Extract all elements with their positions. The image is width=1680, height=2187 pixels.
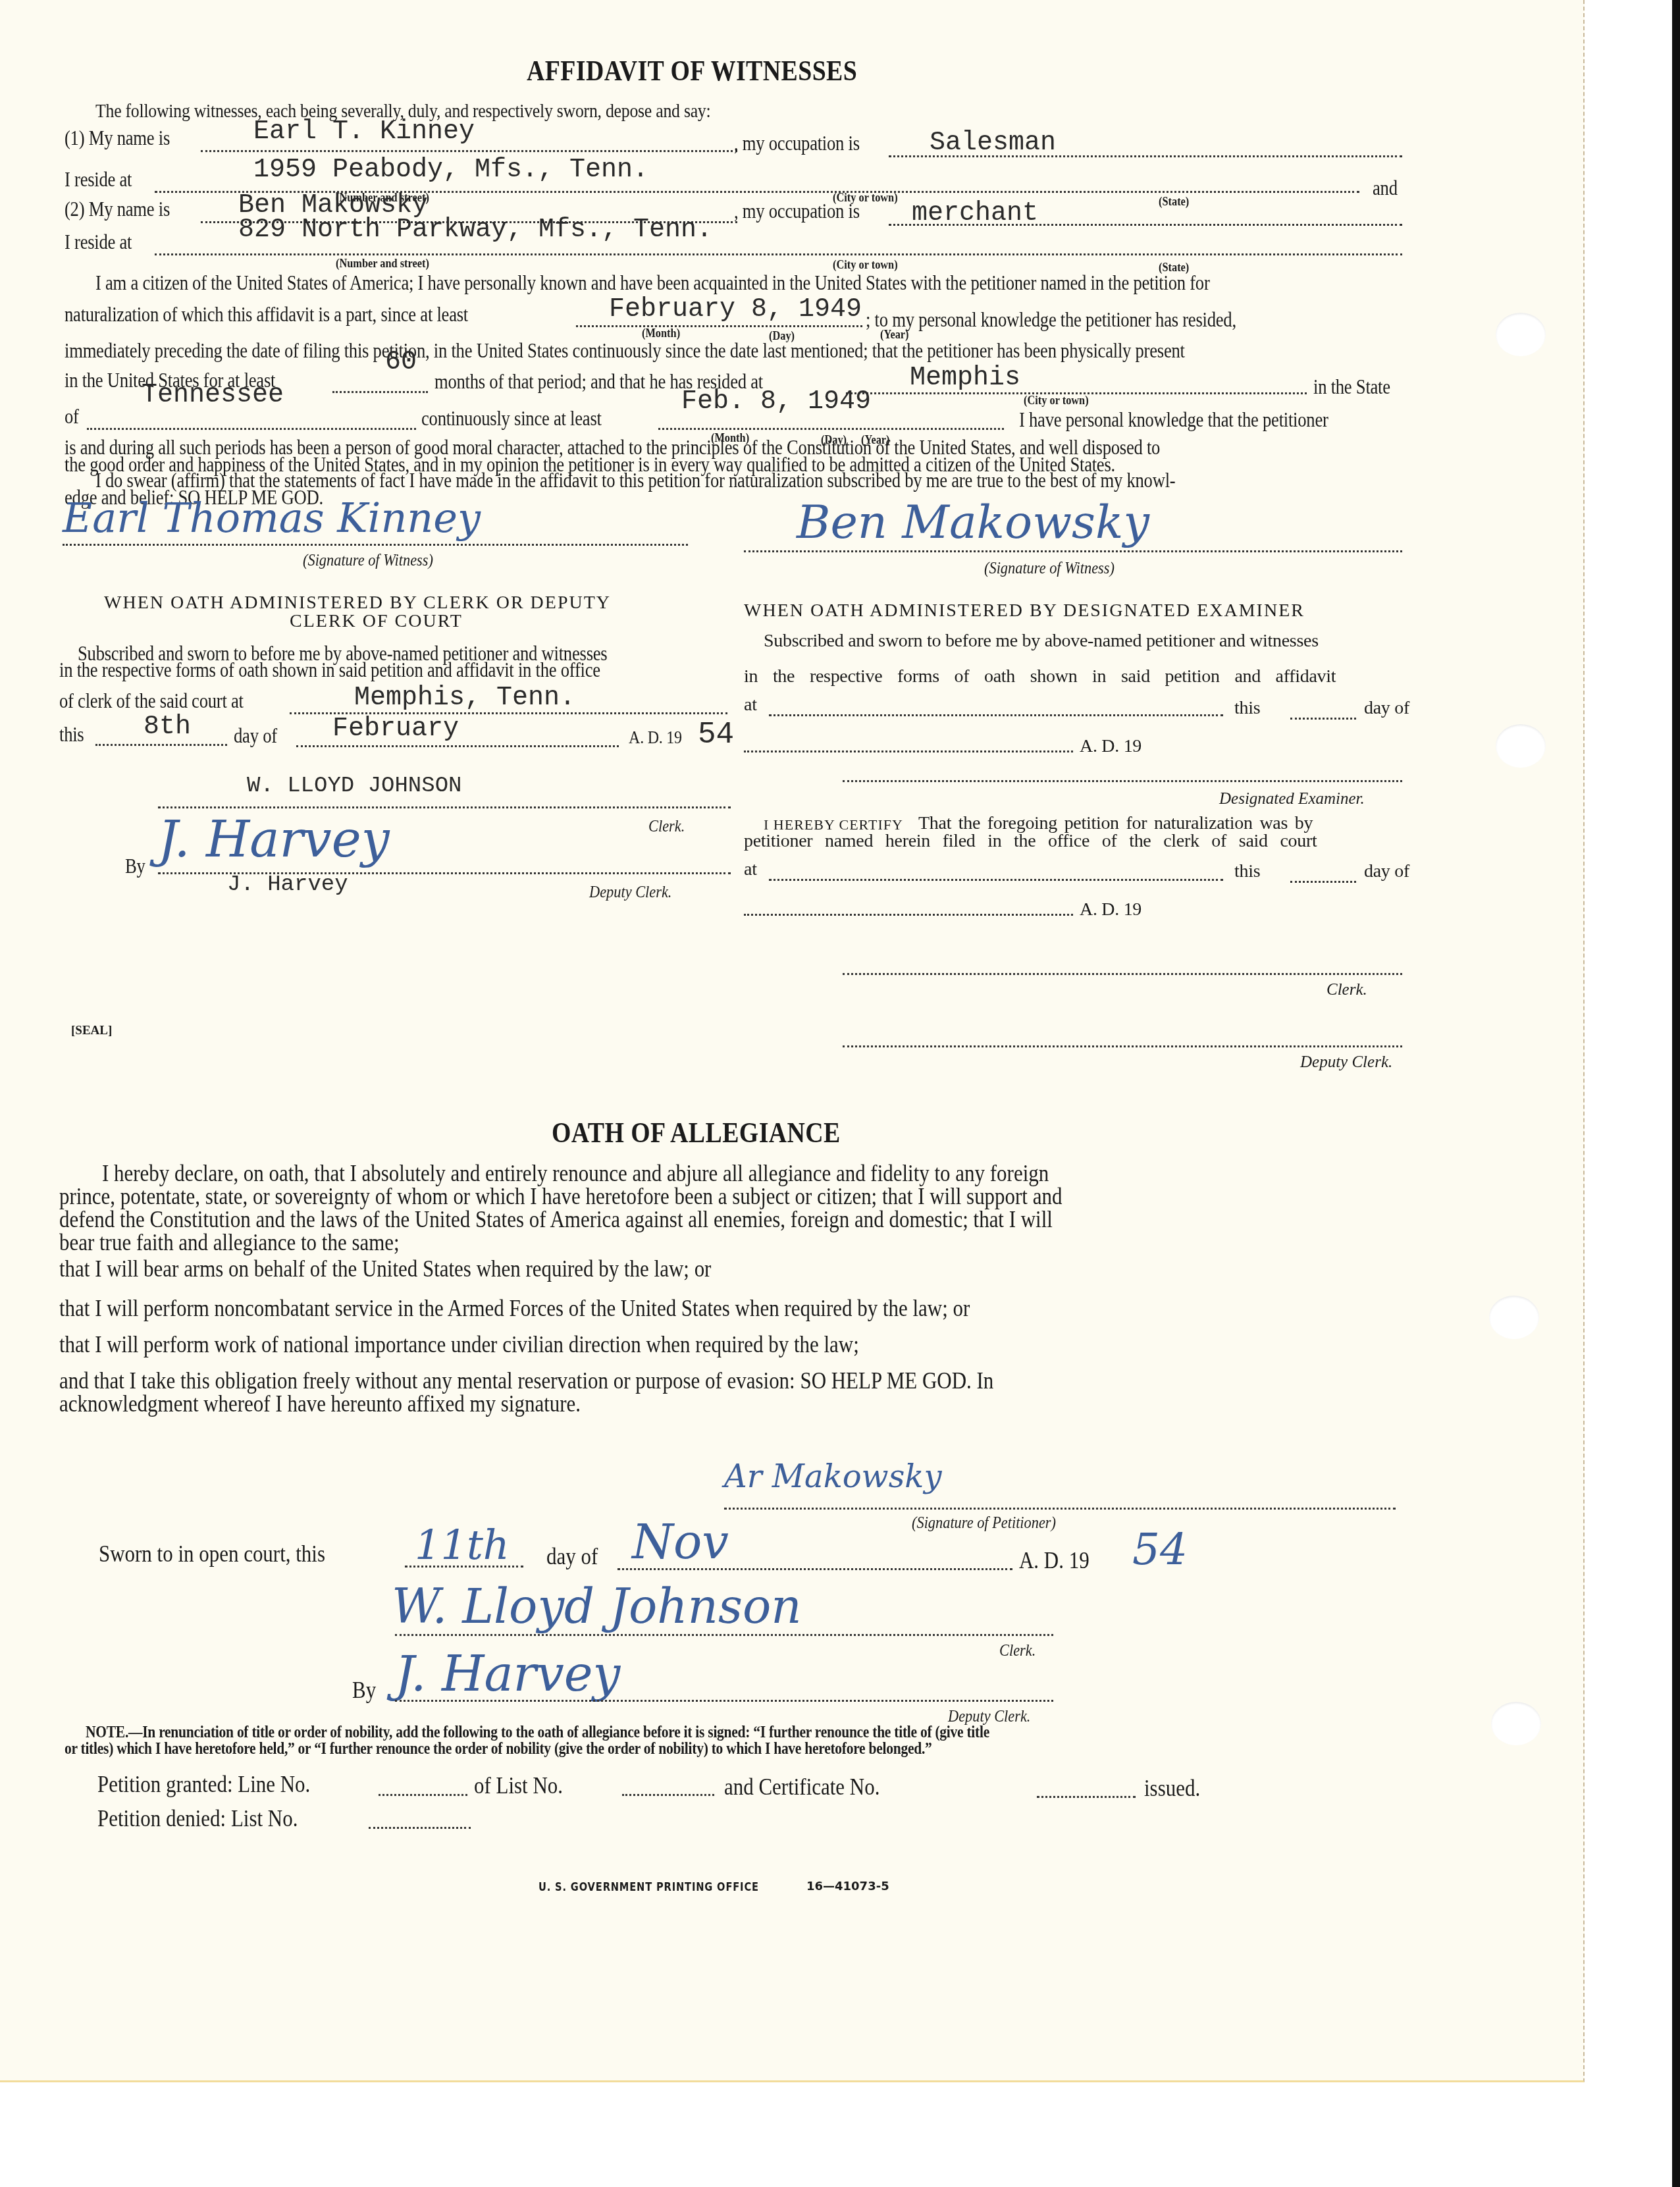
clerk-text-line3: of clerk of the said court at [59,689,244,713]
months-present: 60 [385,348,417,377]
oath-line-7: that I will perform work of national imp… [59,1330,859,1359]
para1-line2a: naturalization of which this affidavit i… [65,303,468,327]
certify-day-of-label: day of [1364,861,1409,882]
para1-line3: immediately preceding the date of filing… [65,339,1185,363]
witness1-name-line [201,150,737,152]
sworn-year: 54 [1132,1524,1188,1575]
examiner-text-line2: in the respective forms of oath shown in… [744,666,1336,687]
witness1-occupation-label: , my occupation is [734,132,860,155]
oath-title: OATH OF ALLEGIANCE [552,1116,841,1149]
oath-clerk-line [395,1634,1053,1636]
punch-hole [1496,313,1546,356]
oath-clerk-label: Clerk. [999,1641,1036,1660]
clerk-month: February [332,714,459,744]
witness2-signature-line [744,550,1402,552]
oath-line-4: bear true faith and allegiance to the sa… [59,1228,400,1257]
and-label: and [1373,176,1398,200]
clerk-ad-label: A. D. 19 [629,727,682,749]
seal-label: [SEAL] [71,1024,112,1038]
line-no-field [379,1794,467,1796]
clerk-name: W. LLOYD JOHNSON [247,774,461,799]
printer-footer: U. S. GOVERNMENT PRINTING OFFICE [538,1881,759,1894]
known-since-date: February 8, 1949 [609,295,862,325]
designated-examiner-label: Designated Examiner. [1219,790,1365,808]
oath-line-6: that I will perform noncombatant service… [59,1294,970,1323]
petition-denied-label: Petition denied: List No. [97,1804,298,1833]
oath-deputy-signature: J. Harvey [395,1646,620,1702]
examiner-signature-line [843,780,1402,782]
form-number: 16—41073-5 [806,1880,889,1893]
para1-line4c: in the State [1313,375,1390,399]
witness2-signature: Ben Makowsky [797,495,1149,549]
punch-hole [1496,724,1546,768]
sworn-month: Nov [632,1514,729,1569]
sworn-ad-label: A. D. 19 [1019,1546,1089,1575]
clerk-deputy-signature: J. Harvey [158,810,390,868]
list-no-field [622,1794,714,1796]
clerk-label: Clerk. [648,816,685,836]
petitioner-signature: Ar Makowsky [724,1458,942,1495]
certificate-label: and Certificate No. [724,1772,879,1801]
resided-state: Tennessee [142,381,284,410]
examiner-text-line1: Subscribed and sworn to before me by abo… [764,631,1319,652]
note-line1: NOTE.—In renunciation of title or order … [86,1724,989,1742]
witness2-name-label: (2) My name is [65,198,170,221]
witness1-occupation: Salesman [930,128,1056,158]
scanner-margin [1580,0,1672,2187]
examiner-day-of-label: day of [1364,698,1409,719]
clerk-by-label: By [125,855,145,878]
examiner-this-label: this [1234,698,1260,719]
court-location: Memphis, Tenn. [354,683,575,713]
para1-line5b: continuously since at least [421,407,602,431]
witness2-address: 829 North Parkway, Mfs., Tenn. [238,215,712,245]
examiner-at-label: at [744,695,757,716]
witness1-name: Earl T. Kinney [253,117,475,147]
issued-label: issued. [1144,1774,1200,1803]
examiner-at-line [769,714,1223,716]
months-line [332,391,428,393]
scanner-edge [1672,0,1680,2187]
sworn-day-of-label: day of [546,1542,598,1571]
clerk-month-line [296,745,619,747]
of-list-label: of List No. [474,1771,563,1800]
sworn-day: 11th [415,1521,510,1569]
para1-line2b: ; to my personal knowledge the petitione… [866,308,1236,332]
resided-since-line [658,428,1004,430]
certify-clerk-label: Clerk. [1326,981,1367,999]
certify-ad-label: A. D. 19 [1080,899,1142,920]
oath-line-9: acknowledgment whereof I have hereunto a… [59,1389,581,1418]
witness1-reside-label: I reside at [65,168,132,192]
examiner-month-line [744,751,1073,752]
clerk-deputy-label: Deputy Clerk. [589,882,671,902]
punch-hole [1489,1296,1539,1339]
document-page: AFFIDAVIT OF WITNESSES The following wit… [0,0,1585,2082]
witness2-signature-label: (Signature of Witness) [984,558,1115,578]
punch-hole [1491,1702,1541,1745]
certify-clerk-line [843,973,1402,975]
certify-this-label: this [1234,861,1260,882]
certify-deputy-line [843,1045,1402,1047]
certify-day-line [1290,881,1356,883]
certificate-no-field [1037,1796,1136,1798]
resided-state-line [87,428,416,430]
certify-at-label: at [744,859,757,880]
clerk-name-line [158,806,731,808]
clerk-deputy-typed: J. Harvey [227,872,348,897]
oath-by-label: By [352,1675,376,1704]
sublabel-city: (City or town) [833,258,898,273]
known-since-line [576,325,862,327]
resided-city: Memphis [910,363,1020,393]
witness1-signature: Earl Thomas Kinney [63,494,481,542]
witness2-reside-label: I reside at [65,230,132,254]
oath-deputy-line [395,1700,1053,1702]
clerk-day-line [95,744,227,746]
clerk-year: 54 [698,718,734,752]
para1-line5a: of [65,405,79,429]
petitioner-signature-label: (Signature of Petitioner) [912,1513,1056,1533]
petitioner-signature-line [724,1508,1396,1510]
oath-clerk-signature: W. Lloyd Johnson [392,1579,802,1634]
certify-month-line [744,914,1073,916]
denied-list-no-field [369,1827,471,1829]
witness2-address-line [155,253,1402,255]
oath-line-5: that I will bear arms on behalf of the U… [59,1254,711,1283]
clerk-day: 8th [144,712,191,742]
sublabel-number-street: (Number and street) [336,257,429,271]
affidavit-title: AFFIDAVIT OF WITNESSES [527,54,857,88]
clerk-heading-line2: CLERK OF COURT [290,611,463,632]
para1-line1: I am a citizen of the United States of A… [95,271,1210,295]
sublabel-state: (State) [1159,195,1189,209]
sublabel-city: (City or town) [1024,394,1089,408]
petition-granted-label: Petition granted: Line No. [97,1770,310,1799]
clerk-day-of-label: day of [234,724,277,748]
witness1-name-label: (1) My name is [65,126,170,150]
clerk-text-line2: in the respective forms of oath shown in… [59,658,600,682]
certify-deputy-label: Deputy Clerk. [1300,1053,1392,1072]
certify-at-line [769,879,1223,881]
para1-line5c: I have personal knowledge that the petit… [1019,408,1328,432]
resided-since-date: Feb. 8, 1949 [681,387,871,417]
sworn-label: Sworn to in open court, this [99,1539,325,1568]
clerk-this-label: this [59,723,84,747]
examiner-ad-label: A. D. 19 [1080,736,1142,757]
examiner-day-line [1290,718,1356,720]
certify-line2: petitioner named herein filed in the off… [744,831,1317,852]
witness2-occupation: merchant [912,199,1038,228]
witness1-signature-label: (Signature of Witness) [303,550,433,570]
witness1-address: 1959 Peabody, Mfs., Tenn. [253,155,648,185]
note-line2: or titles) which I have heretofore held,… [65,1740,932,1758]
witness2-occupation-label: , my occupation is [734,199,860,223]
witness1-signature-line [63,544,688,546]
examiner-heading: WHEN OATH ADMINISTERED BY DESIGNATED EXA… [744,600,1305,621]
